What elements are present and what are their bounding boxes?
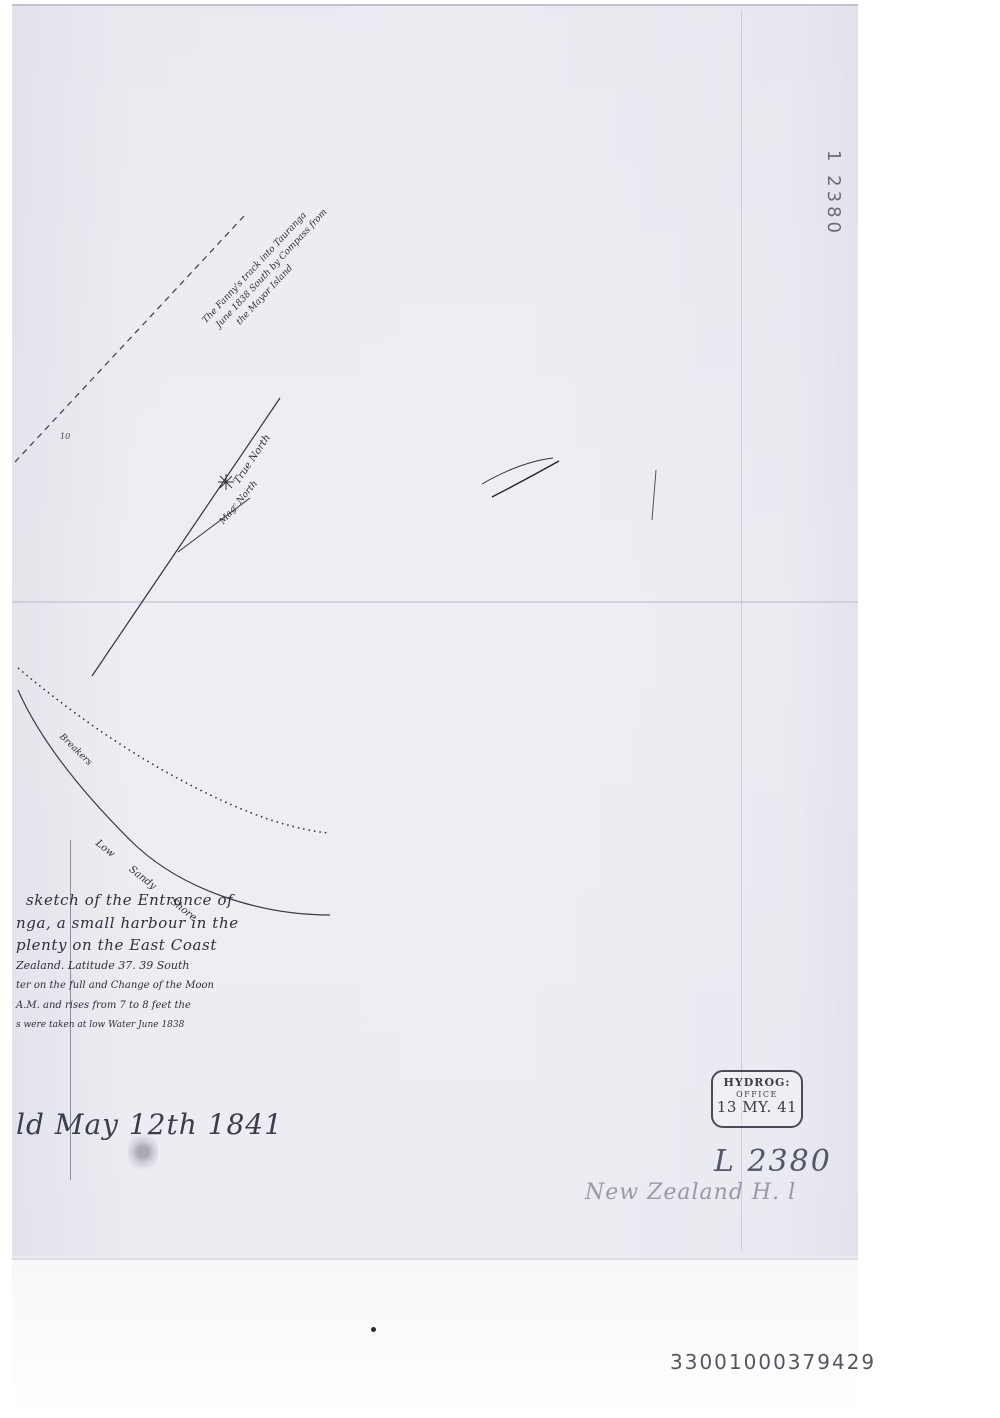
ink-smudge xyxy=(128,1130,158,1174)
ink-dot xyxy=(371,1327,376,1332)
title-line2: nga, a small harbour in the xyxy=(16,912,256,934)
barcode-number: 33001000379429 xyxy=(670,1350,876,1374)
title-line4: Zealand. Latitude 37. 39 South xyxy=(16,956,256,976)
pen-mark xyxy=(652,470,656,520)
title-line5: ter on the full and Change of the Moon xyxy=(16,976,256,996)
shoreline xyxy=(18,690,330,915)
compass-star-icon xyxy=(218,474,234,490)
hydrographic-office-stamp: HYDROG: OFFICE 13 MY. 41 xyxy=(711,1070,803,1128)
catalog-mark: 1 2380 xyxy=(823,150,844,237)
chart-title-block: sketch of the Entrance of nga, a small h… xyxy=(16,888,256,1034)
title-line3: plenty on the East Coast xyxy=(16,934,256,956)
true-north-line xyxy=(92,398,280,676)
stamp-line1: HYDROG: xyxy=(713,1076,801,1089)
title-line1: sketch of the Entrance of xyxy=(26,888,256,912)
ship-track-line xyxy=(15,215,245,462)
sounding-depth: 10 xyxy=(60,432,70,441)
title-line7: s were taken at low Water June 1838 xyxy=(16,1016,256,1034)
title-line6: A.M. and rises from 7 to 8 feet the xyxy=(16,996,256,1016)
stamp-date: 13 MY. 41 xyxy=(713,1099,801,1115)
breakers-line xyxy=(18,668,328,833)
region-note: New Zealand H. l xyxy=(585,1180,796,1205)
reference-number: L 2380 xyxy=(714,1144,832,1179)
pen-mark xyxy=(492,461,559,497)
chart-linework xyxy=(0,0,1000,1418)
